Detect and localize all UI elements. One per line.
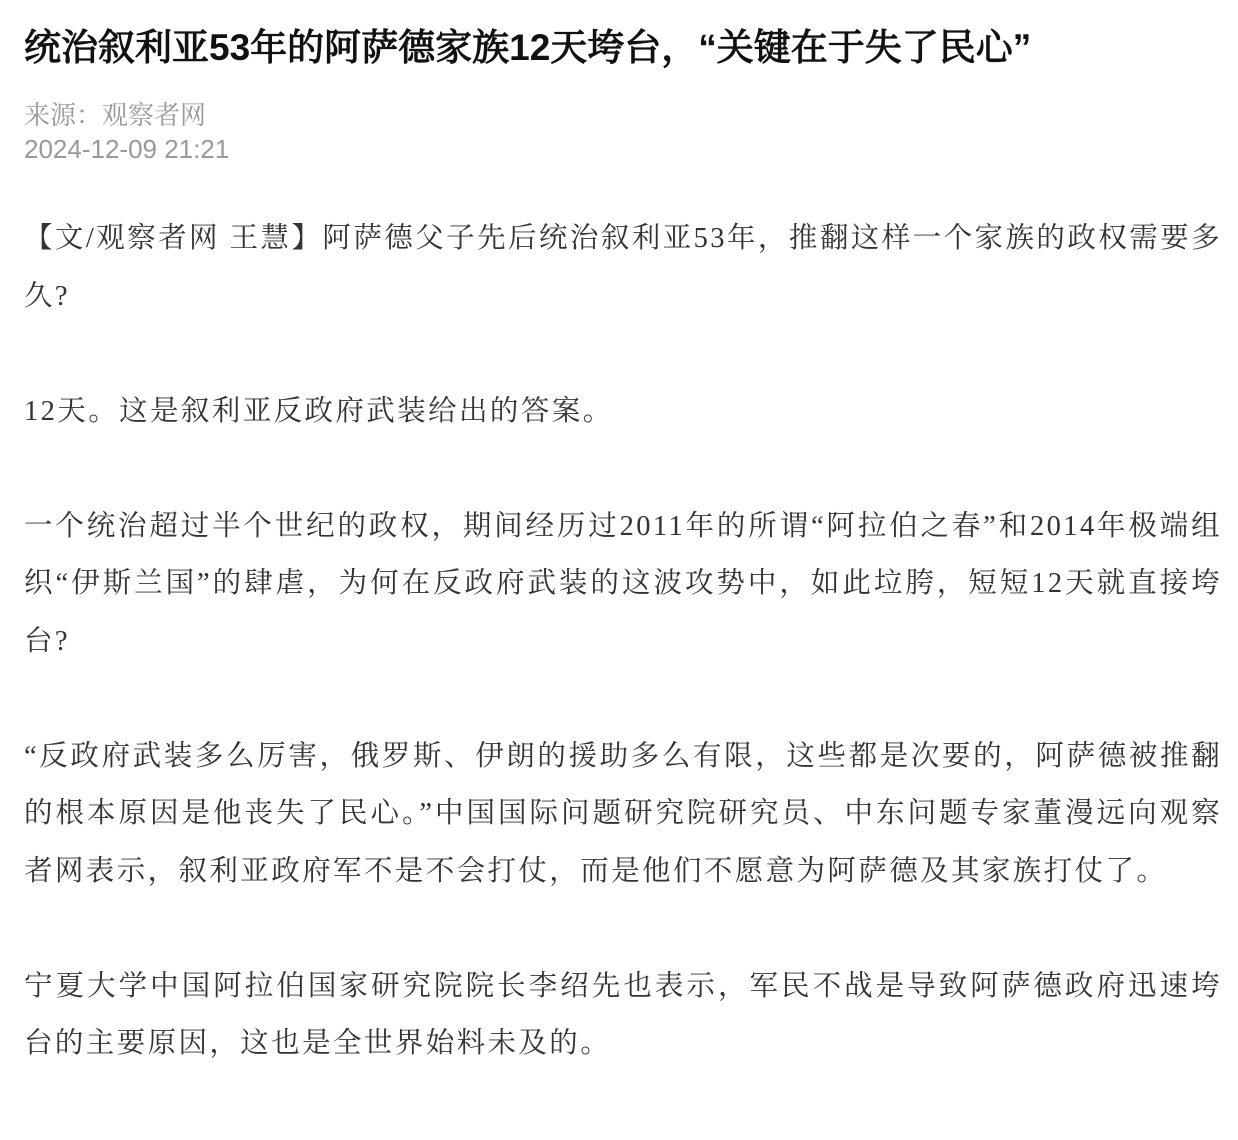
article-paragraph-2: 12天。这是叙利亚反政府武装给出的答案。 [24, 383, 1222, 441]
article-paragraph-1: 【文/观察者网 王慧】阿萨德父子先后统治叙利亚53年，推翻这样一个家族的政权需要… [24, 210, 1222, 325]
article-paragraph-5: 宁夏大学中国阿拉伯国家研究院院长李绍先也表示，军民不战是导致阿萨德政府迅速垮台的… [24, 958, 1222, 1073]
article-title: 统治叙利亚53年的阿萨德家族12天垮台，“关键在于失了民心” [24, 22, 1031, 74]
article-meta: 来源：观察者网 2024-12-09 21:21 [24, 98, 229, 166]
article-body: 【文/观察者网 王慧】阿萨德父子先后统治叙利亚53年，推翻这样一个家族的政权需要… [24, 210, 1222, 1130]
article-source: 来源：观察者网 [24, 98, 229, 132]
article-datetime: 2024-12-09 21:21 [24, 132, 229, 166]
article-paragraph-4: “反政府武装多么厉害，俄罗斯、伊朗的援助多么有限，这些都是次要的，阿萨德被推翻的… [24, 728, 1222, 901]
article-paragraph-3: 一个统治超过半个世纪的政权，期间经历过2011年的所谓“阿拉伯之春”和2014年… [24, 498, 1222, 671]
